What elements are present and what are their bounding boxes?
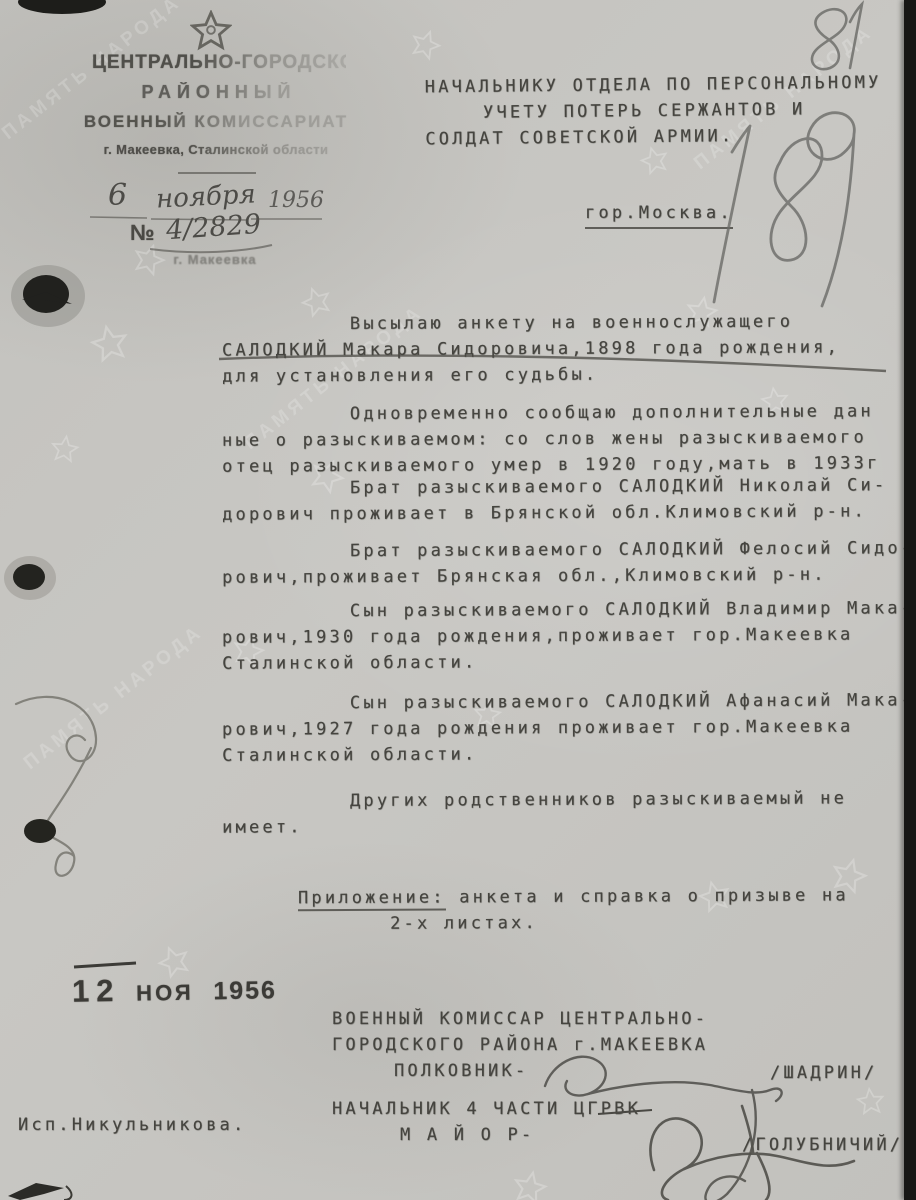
body-line: рович,проживает Брянская обл.,Климовский… [222, 561, 914, 591]
attachment-paragraph: Приложение: анкета и справка о призыве н… [222, 882, 849, 937]
addressee-city: гор.Москва. [585, 200, 733, 229]
addressee-line1: НАЧАЛЬНИКУ ОТДЕЛА ПО ПЕРСОНАЛЬНОМУ [425, 70, 882, 101]
letterhead-divider [178, 172, 256, 174]
signature-block-2: НАЧАЛЬНИК 4 ЧАСТИ ЦГРВК М А Й О Р- [332, 1096, 641, 1148]
doc-number-value: 4/2829 [165, 209, 262, 247]
body-line: Брат разыскиваемого САЛОДКИЙ Фелосий Сид… [222, 535, 914, 565]
scan-edge-strip [904, 0, 916, 1200]
body-line: Брат разыскиваемого САЛОДКИЙ Николай Си- [222, 472, 888, 501]
attachment-label: Приложение: [298, 887, 446, 911]
sig2-line1: НАЧАЛЬНИК 4 ЧАСТИ ЦГРВК [332, 1096, 641, 1122]
letterhead-city-note: г. Макеевка [150, 252, 280, 267]
body-line: для установления его судьбы. [222, 360, 840, 389]
letterhead-org-line1: ЦЕНТРАЛЬНО-ГОРОДСКОЙ [92, 52, 346, 74]
body-line: Высылаю анкету на военнослужащего [222, 308, 840, 337]
body-line: Сын разыскиваемого САЛОДКИЙ Афанасий Мак… [222, 687, 914, 717]
letterhead-star-icon [190, 10, 232, 56]
body-line: имеет. [222, 811, 847, 840]
sig1-rank: ПОЛКОВНИК- [332, 1058, 708, 1084]
document-page: ПАМЯТЬ НАРОДА ПАМЯТЬ НАРОДА ПАМЯТЬ НАРОД… [0, 0, 916, 1200]
bottom-left-marks [8, 1183, 72, 1200]
date-stamp-month: НОЯ [136, 980, 194, 1006]
addressee-block: НАЧАЛЬНИКУ ОТДЕЛА ПО ПЕРСОНАЛЬНОМУ УЧЕТУ… [425, 70, 883, 153]
body-line: Сын разыскиваемого САЛОДКИЙ Владимир Мак… [222, 595, 914, 625]
incoming-date-stamp: 12 НОЯ 1956 [72, 970, 278, 1010]
paragraph-2: Одновременно сообщаю дополнительные дан … [222, 398, 881, 479]
body-line: Одновременно сообщаю дополнительные дан [222, 398, 880, 427]
letterhead-date-year: 1956 [268, 188, 324, 213]
letterhead-org-line2: РАЙОННЫЙ [92, 82, 346, 103]
corner-number-81 [812, 4, 862, 69]
paragraph-7: Других родственников разыскиваемый не им… [222, 785, 847, 840]
paragraph-5: Сын разыскиваемого САЛОДКИЙ Владимир Мак… [222, 595, 915, 677]
date-stamp-overline [74, 963, 136, 967]
body-line: Сталинской области. [222, 647, 914, 677]
addressee-line3: СОЛДАТ СОВЕТСКОЙ АРМИИ. [425, 122, 882, 153]
body-line: дорович проживает в Брянской обл.Климовс… [222, 498, 888, 527]
sig1-line2: ГОРОДСКОГО РАЙОНА г.МАКЕЕВКА [332, 1032, 708, 1058]
body-line-underlined: САЛОДКИЙ Макара Сидоровича,1898 года рож… [222, 334, 840, 363]
attachment-line2: 2-х листах. [222, 908, 849, 937]
sig2-name: /ГОЛУБНИЧИЙ/ [742, 1132, 903, 1158]
body-line: ные о разыскиваемом: со слов жены разыск… [222, 424, 880, 453]
body-line: рович,1930 года рождения,проживает гор.М… [222, 621, 914, 651]
letterhead-org-line3: ВОЕННЫЙ КОМИССАРИАТ [66, 112, 366, 132]
paragraph-4: Брат разыскиваемого САЛОДКИЙ Фелосий Сид… [222, 535, 915, 591]
body-line: Других родственников разыскиваемый не [222, 785, 847, 814]
body-line: рович,1927 года рождения проживает гор.М… [222, 713, 914, 743]
paragraph-1: Высылаю анкету на военнослужащего САЛОДК… [222, 308, 840, 389]
sig1-line1: ВОЕННЫЙ КОМИССАР ЦЕНТРАЛЬНО- [332, 1006, 708, 1032]
signature-block-1: ВОЕННЫЙ КОМИССАР ЦЕНТРАЛЬНО- ГОРОДСКОГО … [332, 1006, 708, 1084]
attachment-text: анкета и справка о призыве на [446, 885, 849, 907]
paragraph-3: Брат разыскиваемого САЛОДКИЙ Николай Си-… [222, 472, 888, 527]
date-stamp-year: 1956 [213, 976, 277, 1005]
svg-text:ПАМЯТЬ НАРОДА: ПАМЯТЬ НАРОДА [20, 621, 207, 774]
body-line: Сталинской области. [222, 739, 914, 769]
paragraph-6: Сын разыскиваемого САЛОДКИЙ Афанасий Мак… [222, 687, 915, 769]
date-stamp-day: 12 [72, 973, 121, 1009]
doc-number-label: № [130, 220, 155, 246]
executor-note: Исп.Никульникова. [18, 1112, 246, 1138]
sig2-rank: М А Й О Р- [332, 1122, 641, 1148]
margin-pencil-curl [16, 697, 96, 876]
sig1-name: /ШАДРИН/ [770, 1060, 877, 1086]
letterhead-location: г. Макеевка, Сталинской области [66, 142, 366, 157]
letterhead-date-day: 6 [108, 178, 127, 213]
